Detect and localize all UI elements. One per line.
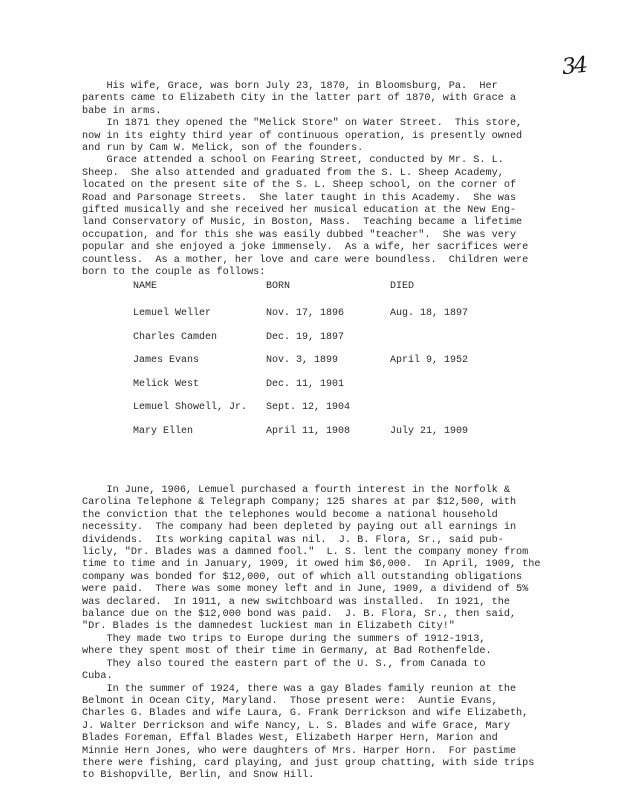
text-line: Sheep. She also attended and graduated f… (82, 168, 602, 180)
text-line: parents came to Elizabeth City in the la… (82, 93, 602, 105)
text-line: dividends. Its working capital was nil. … (82, 535, 602, 547)
text-line: In June, 1906, Lemuel purchased a fourth… (82, 485, 602, 497)
died-date: April 9, 1952 (390, 355, 468, 366)
text-line: Carolina Telephone & Telegraph Company; … (82, 497, 602, 509)
column-header: DIED (390, 281, 414, 292)
text-line: balance due on the $12,000 bond was paid… (82, 609, 602, 621)
died-date: Aug. 18, 1897 (390, 308, 468, 319)
text-line: They also toured the eastern part of the… (82, 659, 602, 671)
born-date: April 11, 1908 (266, 426, 350, 437)
text-line: there were fishing, card playing, and ju… (82, 758, 602, 770)
document-page: 34 His wife, Grace, was born July 23, 18… (0, 0, 618, 800)
text-line: They made two trips to Europe during the… (82, 634, 602, 646)
text-line: land Conservatory of Music, in Boston, M… (82, 217, 602, 229)
text-line: Belmont in Ocean City, Maryland. Those p… (82, 696, 602, 708)
died-date: July 21, 1909 (390, 426, 468, 437)
text-line: countless. As a mother, her love and car… (82, 255, 602, 267)
text-line: located on the present site of the S. L.… (82, 180, 602, 192)
text-line: babe in arms. (82, 106, 602, 118)
section-grace-biography: His wife, Grace, was born July 23, 1870,… (82, 81, 602, 280)
child-name: Lemuel Showell, Jr. (133, 402, 247, 413)
text-line: occupation, and for this she was easily … (82, 230, 602, 242)
born-date: Dec. 19, 1897 (266, 332, 344, 343)
column-header: NAME (133, 281, 157, 292)
text-line: Grace attended a school on Fearing Stree… (82, 155, 602, 167)
handwritten-page-number: 34 (561, 53, 587, 80)
child-name: Charles Camden (133, 332, 217, 343)
text-line: and run by Cam W. Melick, son of the fou… (82, 143, 602, 155)
text-line: gifted musically and she received her mu… (82, 205, 602, 217)
child-name: James Evans (133, 355, 199, 366)
text-line: Blades Foreman, Effal Blades West, Eliza… (82, 733, 602, 745)
text-line: was declared. In 1911, a new switchboard… (82, 597, 602, 609)
text-line: were paid. There was some money left and… (82, 584, 602, 596)
text-line: His wife, Grace, was born July 23, 1870,… (82, 81, 602, 93)
born-date: Nov. 3, 1899 (266, 355, 338, 366)
text-line: Minnie Hern Jones, who were daughters of… (82, 746, 602, 758)
text-line: licly, "Dr. Blades was a damned fool." L… (82, 547, 602, 559)
text-line: where they spent most of their time in G… (82, 646, 602, 658)
born-date: Sept. 12, 1904 (266, 402, 350, 413)
text-line: necessity. The company had been depleted… (82, 522, 602, 534)
text-line: In 1871 they opened the "Melick Store" o… (82, 118, 602, 130)
text-line: now in its eighty third year of continuo… (82, 131, 602, 143)
text-line: "Dr. Blades is the damnedest luckiest ma… (82, 621, 602, 633)
born-date: Nov. 17, 1896 (266, 308, 344, 319)
column-header: BORN (266, 281, 290, 292)
text-line: born to the couple as follows: (82, 267, 602, 279)
text-line: Road and Parsonage Streets. She later ta… (82, 193, 602, 205)
child-name: Mary Ellen (133, 426, 193, 437)
section-telephone-company-travel-reunion: In June, 1906, Lemuel purchased a fourth… (82, 485, 602, 783)
text-line: popular and she enjoyed a joke immensely… (82, 242, 602, 254)
child-name: Lemuel Weller (133, 308, 211, 319)
text-line: company was bonded for $12,000, out of w… (82, 572, 602, 584)
text-line: Charles G. Blades and wife Laura, G. Fra… (82, 708, 602, 720)
child-name: Melick West (133, 379, 199, 390)
text-line: Cuba. (82, 671, 602, 683)
text-line: the conviction that the telephones would… (82, 510, 602, 522)
born-date: Dec. 11, 1901 (266, 379, 344, 390)
text-line: time to time and in January, 1909, it ow… (82, 559, 602, 571)
text-line: to Bishopville, Berlin, and Snow Hill. (82, 770, 602, 782)
text-line: J. Walter Derrickson and wife Nancy, L. … (82, 721, 602, 733)
text-line: In the summer of 1924, there was a gay B… (82, 684, 602, 696)
